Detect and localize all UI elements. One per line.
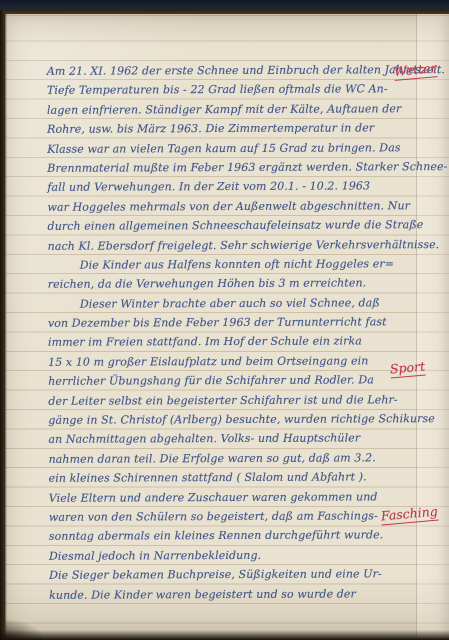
scan-edge-top [0, 0, 449, 10]
handwriting-line: kunde. Die Kinder waren begeistert und s… [49, 584, 409, 605]
handwriting-line: von Dezember bis Ende Feber 1963 der Tur… [48, 312, 408, 333]
handwriting-line: Rohre, usw. bis März 1963. Die Zimmertem… [47, 118, 407, 139]
handwriting-line: fall und Verwehungen. In der Zeit vom 20… [47, 177, 407, 198]
handwriting-line: sonntag abermals ein kleines Rennen durc… [49, 526, 409, 547]
handwriting-line: reichen, da die Verwehungen Höhen bis 3 … [48, 274, 408, 295]
page-right-margin-area [417, 13, 449, 640]
handwriting-line: Am 21. XI. 1962 der erste Schnee und Ein… [47, 60, 407, 81]
handwriting-line: 15 x 10 m großer Eislaufplatz und beim O… [48, 351, 408, 372]
handwriting-line: ein kleines Schirennen stattfand ( Slalo… [49, 467, 409, 488]
handwriting-line: Brennmaterial mußte im Feber 1963 ergänz… [47, 157, 407, 178]
handwriting-line: Klasse war an vielen Tagen kaum auf 15 G… [47, 138, 407, 159]
handwriting-line: Viele Eltern und andere Zuschauer waren … [49, 487, 409, 508]
handwriting-line: Diesmal jedoch in Narrenbekleidung. [49, 545, 409, 566]
scan-edge-left [0, 10, 7, 640]
scan-edge-top-inner [0, 10, 449, 14]
scanned-notebook-photo: Am 21. XI. 1962 der erste Schnee und Ein… [0, 0, 449, 640]
handwriting-line: nach Kl. Ebersdorf freigelegt. Sehr schw… [48, 235, 408, 256]
handwriting-line: Dieser Winter brachte aber auch so viel … [48, 293, 408, 314]
handwriting-line: nahmen daran teil. Die Erfolge waren so … [49, 448, 409, 469]
page-crease-line [416, 13, 417, 640]
handwriting-line: durch einen allgemeinen Schneeschaufelei… [47, 215, 407, 236]
handwriting-line: lagen einfrieren. Ständiger Kampf mit de… [47, 99, 407, 120]
handwriting-line: war Hoggeles mehrmals von der Außenwelt … [47, 196, 407, 217]
handwriting-line: herrlicher Übungshang für die Schifahrer… [48, 370, 408, 391]
scan-edge-bottom [0, 630, 449, 640]
handwriting-line: immer im Freien stattfand. Im Hof der Sc… [48, 332, 408, 353]
handwriting-line: Die Sieger bekamen Buchpreise, Süßigkeit… [49, 564, 409, 585]
handwriting-line: an Nachmittagen abgehalten. Volks- und H… [48, 429, 408, 450]
handwriting-line: der Leiter selbst ein begeisterter Schif… [48, 390, 408, 411]
margin-note-sport: Sport [389, 359, 425, 379]
handwriting-line: Die Kinder aus Halfens konnten oft nicht… [48, 254, 408, 275]
handwritten-text-block: Am 21. XI. 1962 der erste Schnee und Ein… [47, 60, 409, 605]
handwriting-line: gänge in St. Christof (Arlberg) besuchte… [48, 409, 408, 430]
handwriting-line: Tiefe Temperaturen bis - 22 Grad ließen … [47, 80, 407, 101]
handwriting-line: waren von den Schülern so begeistert, da… [49, 506, 409, 527]
